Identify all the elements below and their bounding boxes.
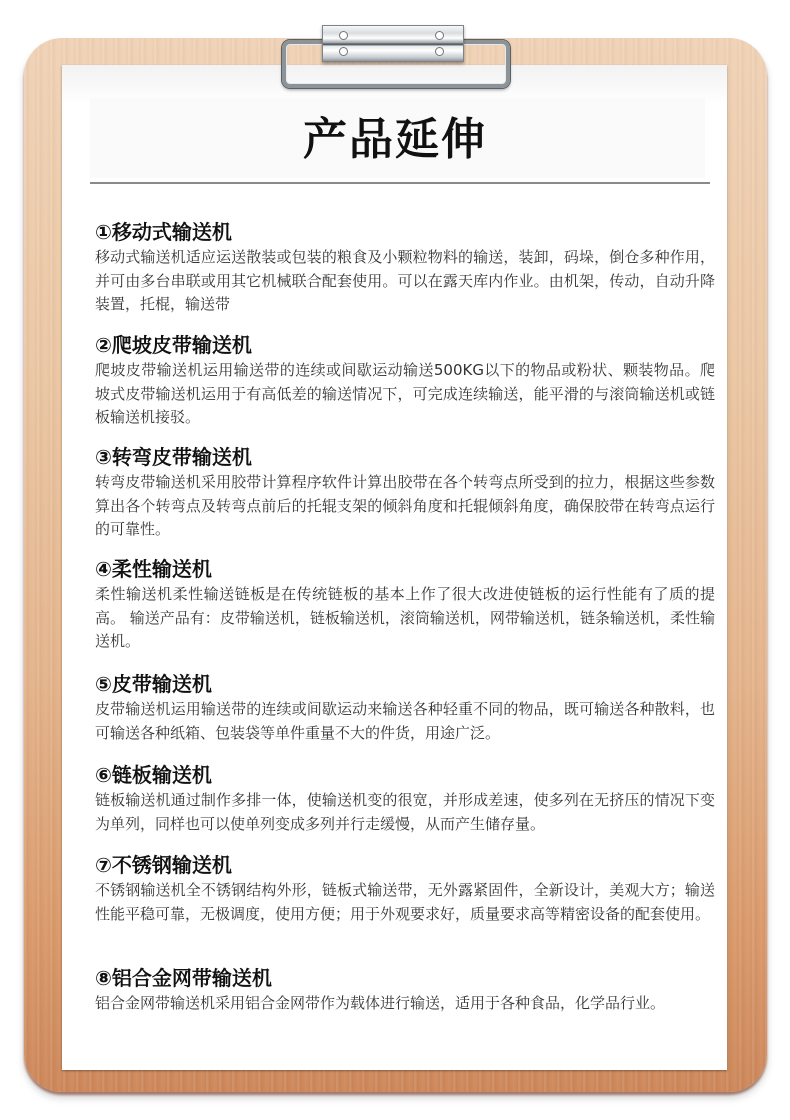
- section-heading: ⑤皮带输送机: [95, 670, 715, 698]
- page-title: 产品延伸: [0, 110, 790, 170]
- section-heading: ⑧铝合金网带输送机: [95, 964, 715, 992]
- section-body: 转弯皮带输送机采用胶带计算程序软件计算出胶带在各个转弯点所受到的拉力，根据这些参…: [95, 471, 715, 542]
- section-body: 爬坡皮带输送机运用输送带的连续或间歇运动输送500KG以下的物品或粉状、颗装物品…: [95, 359, 715, 430]
- section-body: 皮带输送机运用输送带的连续或间歇运动来输送各种轻重不同的物品，既可输送各种散料，…: [95, 698, 715, 745]
- section-curve-belt-conveyor: ③转弯皮带输送机 转弯皮带输送机采用胶带计算程序软件计算出胶带在各个转弯点所受到…: [95, 443, 715, 555]
- title-divider: [90, 182, 710, 184]
- rivet-icon: [339, 31, 348, 40]
- section-flexible-conveyor: ④柔性输送机 柔性输送机柔性输送链板是在传统链板的基本上作了很大改进使链板的运行…: [95, 555, 715, 670]
- section-body: 移动式输送机适应运送散装或包装的粮食及小颗粒物料的输送，装卸，码垛，倒仓多种作用…: [95, 246, 715, 317]
- section-heading: ⑦不锈钢输送机: [95, 851, 715, 879]
- section-aluminum-mesh-conveyor: ⑧铝合金网带输送机 铝合金网带输送机采用铝合金网带作为载体进行输送，适用于各种食…: [95, 964, 715, 1016]
- section-body: 铝合金网带输送机采用铝合金网带作为载体进行输送，适用于各种食品，化学品行业。: [95, 992, 715, 1016]
- section-belt-conveyor: ⑤皮带输送机 皮带输送机运用输送带的连续或间歇运动来输送各种轻重不同的物品，既可…: [95, 670, 715, 761]
- section-heading: ③转弯皮带输送机: [95, 443, 715, 471]
- sections-list: ①移动式输送机 移动式输送机适应运送散装或包装的粮食及小颗粒物料的输送，装卸，码…: [95, 218, 715, 1016]
- clipboard-clip-plate: [322, 25, 464, 62]
- section-stainless-conveyor: ⑦不锈钢输送机 不锈钢输送机全不锈钢结构外形，链板式输送带，无外露紧固件，全新设…: [95, 851, 715, 964]
- section-incline-belt-conveyor: ②爬坡皮带输送机 爬坡皮带输送机运用输送带的连续或间歇运动输送500KG以下的物…: [95, 331, 715, 443]
- section-mobile-conveyor: ①移动式输送机 移动式输送机适应运送散装或包装的粮食及小颗粒物料的输送，装卸，码…: [95, 218, 715, 331]
- section-chain-plate-conveyor: ⑥链板输送机 链板输送机通过制作多排一体，使输送机变的很宽，并形成差速，使多列在…: [95, 761, 715, 851]
- rivet-icon: [435, 47, 444, 56]
- rivet-icon: [435, 31, 444, 40]
- section-body: 不锈钢输送机全不锈钢结构外形，链板式输送带，无外露紧固件，全新设计，美观大方；输…: [95, 879, 715, 926]
- rivet-icon: [339, 47, 348, 56]
- section-heading: ②爬坡皮带输送机: [95, 331, 715, 359]
- section-heading: ⑥链板输送机: [95, 761, 715, 789]
- section-body: 链板输送机通过制作多排一体，使输送机变的很宽，并形成差速，使多列在无挤压的情况下…: [95, 789, 715, 836]
- section-body: 柔性输送机柔性输送链板是在传统链板的基本上作了很大改进使链板的运行性能有了质的提…: [95, 583, 715, 654]
- section-heading: ④柔性输送机: [95, 555, 715, 583]
- section-heading: ①移动式输送机: [95, 218, 715, 246]
